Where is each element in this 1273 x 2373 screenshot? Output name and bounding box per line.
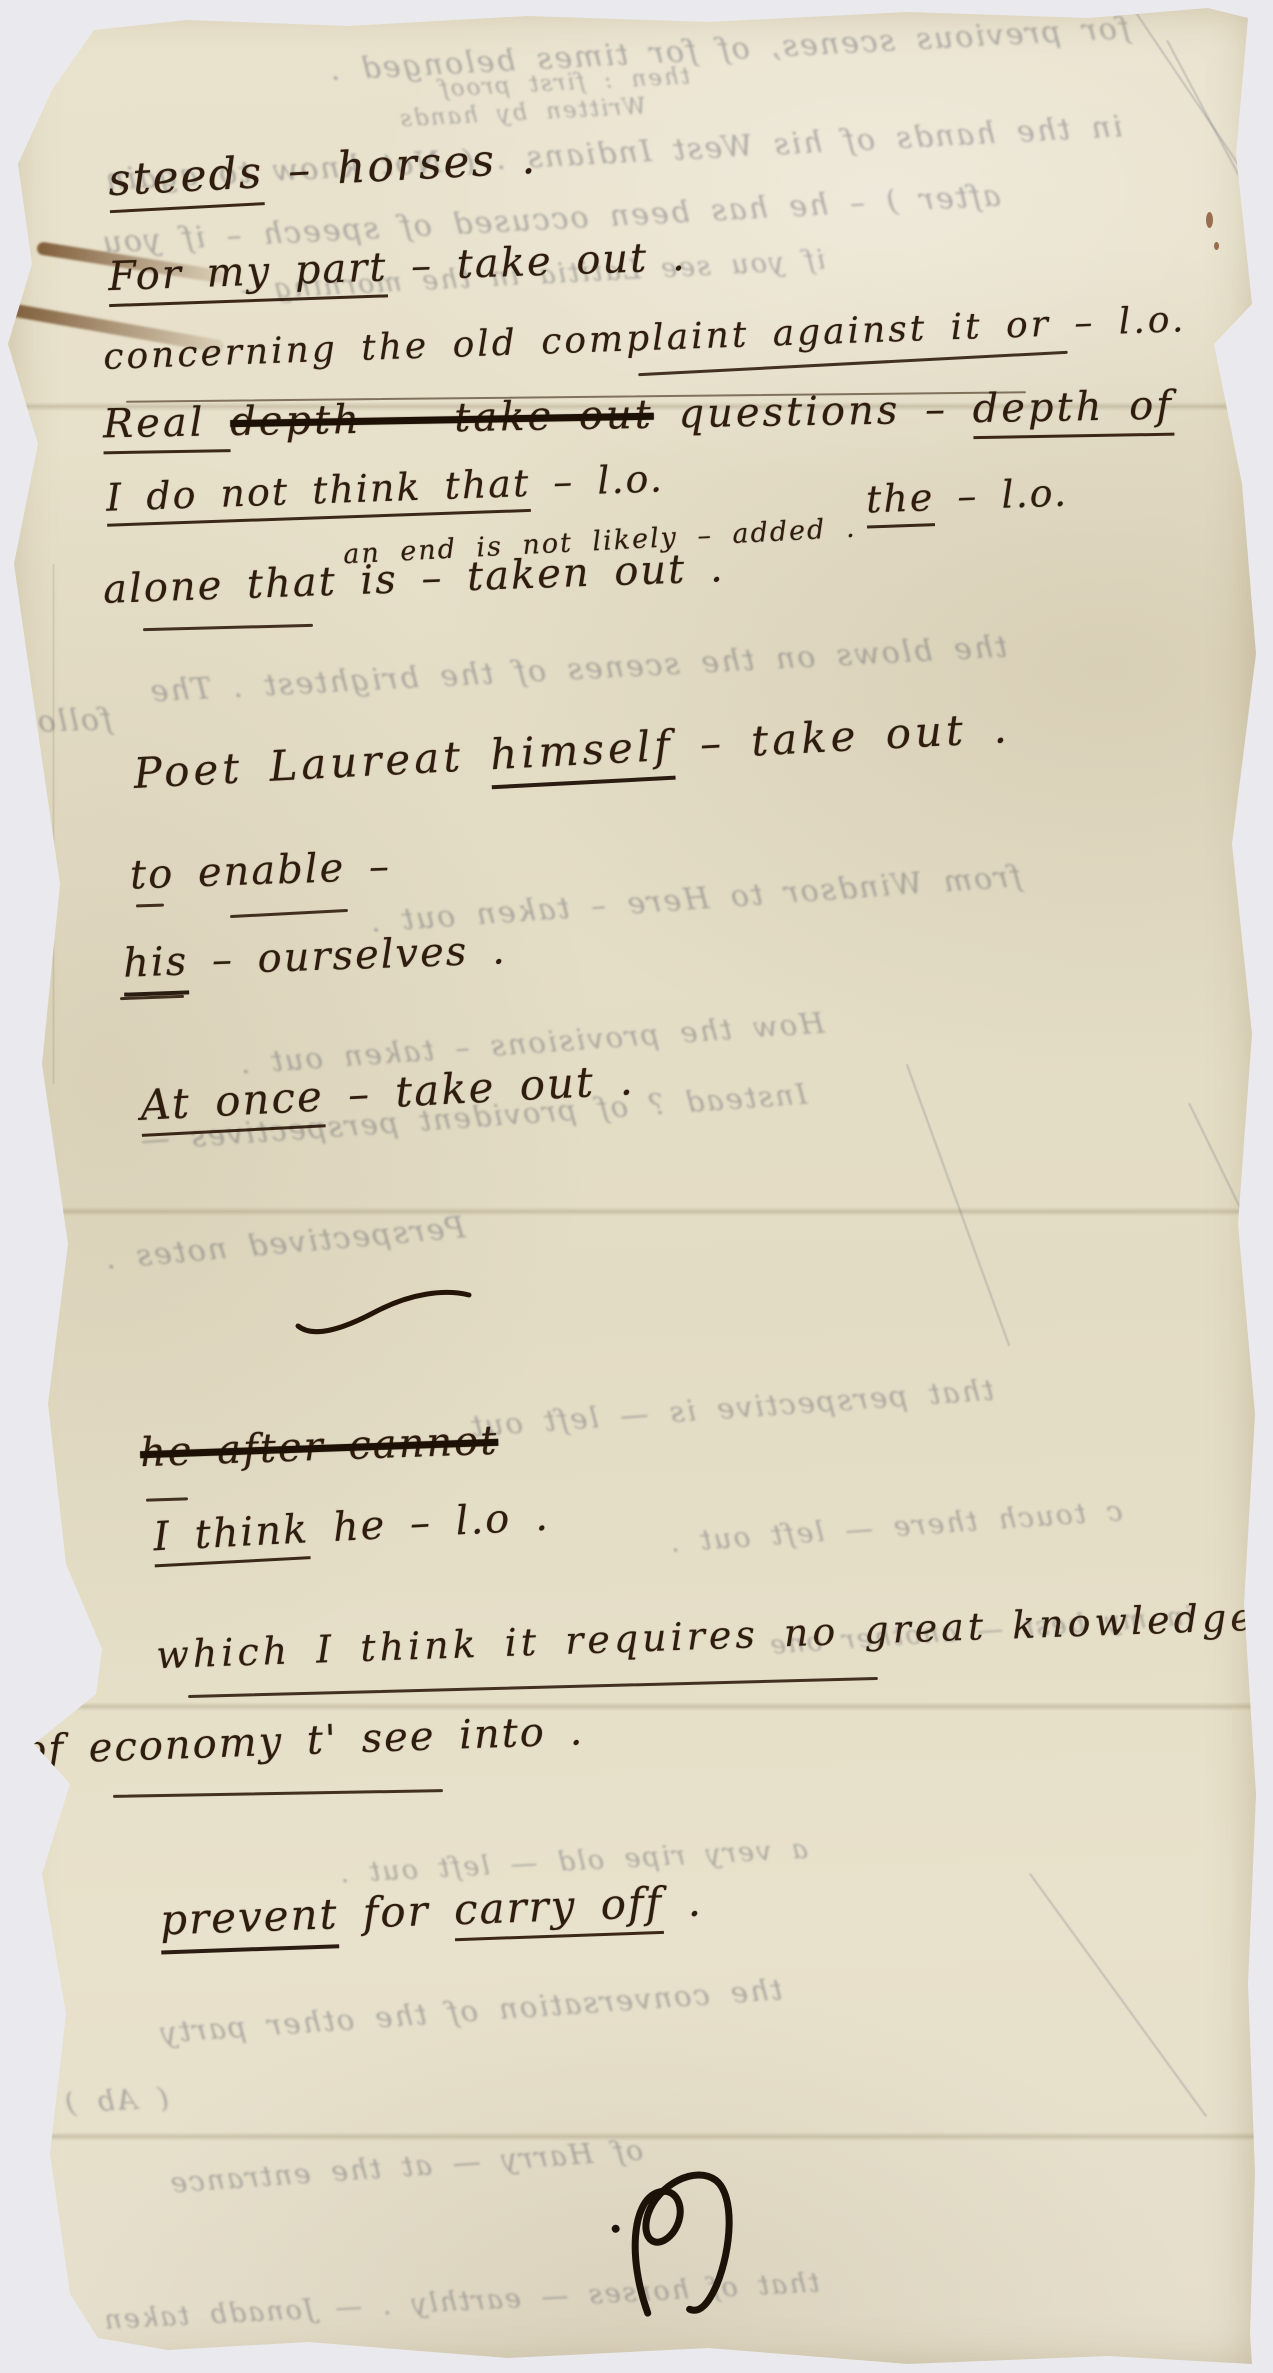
ink-underline	[146, 1497, 188, 1501]
ms-text: – l.o.	[529, 456, 664, 505]
ms-text: .	[662, 1877, 703, 1927]
ms-text: of economy t' see into .	[21, 1708, 585, 1774]
ms-line-poet-laureat: Poet Laureat himself – take out .	[132, 703, 1011, 798]
ms-word-underlined: his	[122, 938, 189, 996]
ms-line-steeds-horses: steeds – horses .	[107, 133, 538, 206]
ms-text: – ourselves .	[187, 927, 507, 984]
ms-word-underlined: depth of	[972, 383, 1174, 440]
pencil-stroke	[906, 1064, 1010, 1347]
ink-monogram-flourish	[608, 2154, 808, 2324]
rust-stain	[1206, 212, 1213, 228]
vertical-crease	[52, 564, 55, 1084]
bleedthrough-line: Written by hands	[397, 94, 646, 133]
ms-word-underlined: I think	[152, 1506, 311, 1567]
ms-text: for	[338, 1885, 455, 1938]
bleedthrough-line: that perspective is — left out .	[437, 1373, 995, 1446]
ms-line-alone-that-is: alone that is – taken out .	[102, 545, 725, 613]
ms-line-do-not-think: I do not think that – l.o.	[105, 456, 664, 519]
fold-crease	[8, 1207, 1256, 1216]
ink-flourish-dash	[293, 1282, 478, 1342]
ms-text: questions –	[653, 386, 973, 438]
pencil-stroke	[1166, 40, 1273, 271]
bleedthrough-line: of Harry — at the entrance	[167, 2133, 644, 2199]
pencil-stroke	[1188, 1103, 1273, 1427]
ms-word-underlined: steeds	[107, 147, 265, 213]
ms-word-underlined: At once	[139, 1071, 325, 1137]
ms-line-i-think-he: I think he – l.o .	[152, 1494, 551, 1561]
ms-line-requires-knowledge: which I think it requires no great knowl…	[156, 1595, 1258, 1677]
ms-text: he – l.o .	[308, 1494, 551, 1553]
ms-line-his-ourselves: his – ourselves .	[122, 927, 507, 986]
torn-paper-sheet: for previous scenes, of for times belong…	[8, 4, 1256, 2368]
ms-line-the-lo: the – l.o.	[865, 470, 1068, 521]
ms-word-underlined: For my part	[107, 244, 388, 307]
ms-text-struck: depth — take out	[230, 392, 654, 445]
ms-text: which I think it requires no great knowl…	[156, 1595, 1258, 1677]
pencil-stroke	[1029, 1873, 1207, 2117]
bleedthrough-line: Perspectived notes .	[102, 1210, 467, 1276]
ms-text: to enable –	[129, 843, 391, 898]
ms-text: alone that is – taken out .	[102, 545, 725, 613]
ink-underline	[188, 1677, 878, 1698]
ink-underline	[113, 1789, 443, 1798]
ms-text: Poet Laureat	[132, 730, 491, 798]
ms-line-economy: of economy t' see into .	[21, 1708, 585, 1774]
bleedthrough-line: ( Ab )	[62, 2081, 169, 2119]
ms-word-underlined: the	[865, 475, 935, 528]
ms-line-to-enable: to enable –	[129, 843, 391, 898]
ms-line-cancelled: he after cannot	[139, 1418, 499, 1476]
bleedthrough-line: the blows on the scenes of the brightest…	[148, 630, 1008, 710]
scanned-manuscript-page: for previous scenes, of for times belong…	[0, 0, 1273, 2373]
ink-underline	[230, 909, 348, 918]
ink-underline	[143, 624, 313, 631]
bleedthrough-line: the conversation of the other party	[158, 1972, 784, 2050]
ms-word-underlined: himself	[489, 721, 676, 790]
ms-text: – l.o.	[1050, 299, 1187, 345]
ms-text-struck: he after cannot	[139, 1418, 499, 1476]
ms-text: – take out .	[672, 703, 1011, 770]
ms-line-concerning: concerning the old complaint against it …	[103, 299, 1187, 378]
bleedthrough-line: follow	[7, 702, 112, 741]
bleedthrough-line: c touch there — left out .	[667, 1494, 1123, 1559]
ms-word-underlined: prevent	[159, 1889, 339, 1954]
fold-crease	[8, 1702, 1256, 1711]
ms-text: – l.o.	[933, 470, 1068, 519]
ms-line-real-depth: Real depth — take out questions – depth …	[103, 383, 1175, 448]
ms-text: concerning the old complaint against it …	[103, 304, 1052, 378]
ink-underline	[136, 904, 164, 908]
ms-text: – horses .	[262, 133, 538, 198]
ms-word-underlined: carry off	[453, 1878, 664, 1941]
ms-word-underlined: Real	[103, 399, 231, 454]
rust-stain	[1214, 242, 1219, 250]
ms-word-underlined: I do not think that	[105, 461, 531, 527]
ms-line-prevent-carry-off: prevent for carry off .	[159, 1877, 703, 1945]
